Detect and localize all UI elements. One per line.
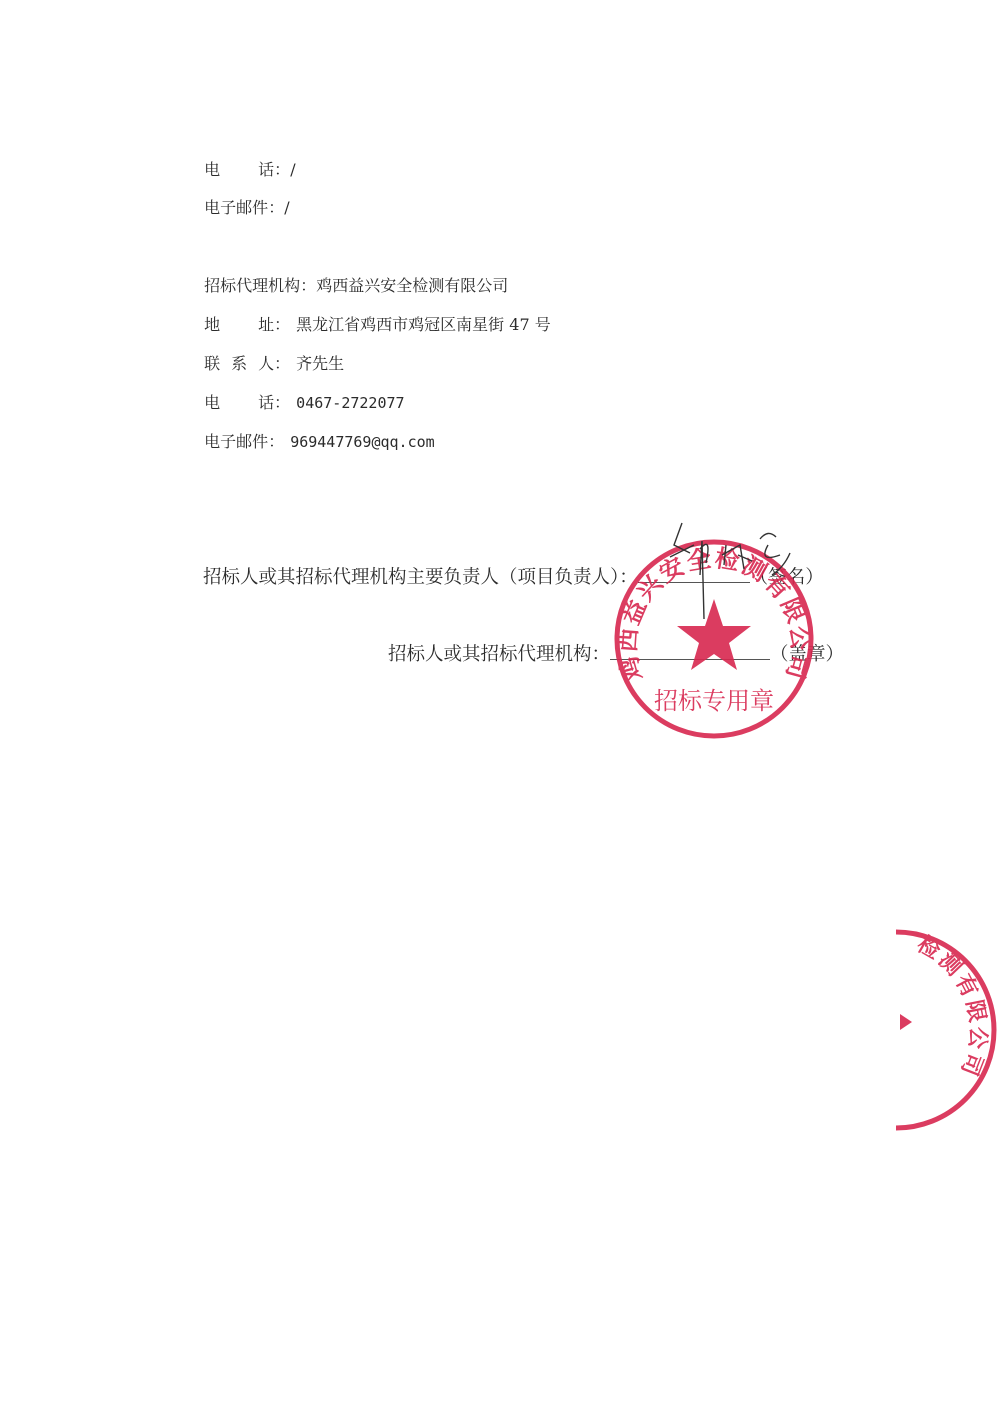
agency-name-value: 鸡西益兴安全检测有限公司 xyxy=(316,276,508,296)
seal-label: 招标人或其招标代理机构： xyxy=(388,644,610,665)
agency-contact-row: 联系人：齐先生 xyxy=(194,334,344,374)
email-label: 电子邮件 xyxy=(204,198,268,218)
agency-email-value: 969447769@qq.com xyxy=(290,432,435,452)
tenderer-email-value: / xyxy=(284,198,289,218)
contact-colon: ： xyxy=(274,354,296,374)
agency-address-value: 黑龙江省鸡西市鸡冠区南星街 47 号 xyxy=(296,315,551,335)
edge-stamp-text: 检测有限公司 xyxy=(913,931,991,1082)
star-fragment-icon xyxy=(900,1014,912,1030)
agency-phone-row: 电话：0467-2722077 xyxy=(194,373,405,413)
agency-phone-label: 电话 xyxy=(204,393,274,413)
agency-email-colon: ： xyxy=(268,432,290,452)
agency-address-row: 地址：黑龙江省鸡西市鸡冠区南星街 47 号 xyxy=(194,295,551,335)
agency-name-row: 招标代理机构：鸡西益兴安全检测有限公司 xyxy=(194,256,508,296)
agency-email-row: 电子邮件：969447769@qq.com xyxy=(194,412,435,452)
email-colon: ： xyxy=(268,198,284,217)
address-label: 地址 xyxy=(204,315,274,335)
responsible-person-label: 招标人或其招标代理机构主要负责人（项目负责人）： xyxy=(203,567,638,588)
agency-contact-value: 齐先生 xyxy=(296,354,344,374)
svg-text:检测有限公司: 检测有限公司 xyxy=(913,931,991,1082)
agency-colon: ： xyxy=(300,276,316,295)
tenderer-phone-value: / xyxy=(290,160,295,180)
agency-email-label: 电子邮件 xyxy=(204,432,268,452)
tenderer-email-row: 电子邮件：/ xyxy=(194,178,290,218)
phone-label: 电话 xyxy=(204,160,274,180)
stamp-inner-text: 招标专用章 xyxy=(654,687,774,715)
contact-label: 联系人 xyxy=(204,354,274,374)
phone-colon: ： xyxy=(274,160,290,179)
agency-label: 招标代理机构 xyxy=(204,276,300,296)
agency-phone-colon: ： xyxy=(274,393,296,413)
edge-seal-stamp: 检测有限公司 xyxy=(890,928,1000,1132)
tenderer-phone-row: 电话：/ xyxy=(194,140,296,180)
agency-phone-value: 0467-2722077 xyxy=(296,393,404,413)
address-colon: ： xyxy=(274,315,296,335)
handwritten-signature xyxy=(660,515,800,625)
